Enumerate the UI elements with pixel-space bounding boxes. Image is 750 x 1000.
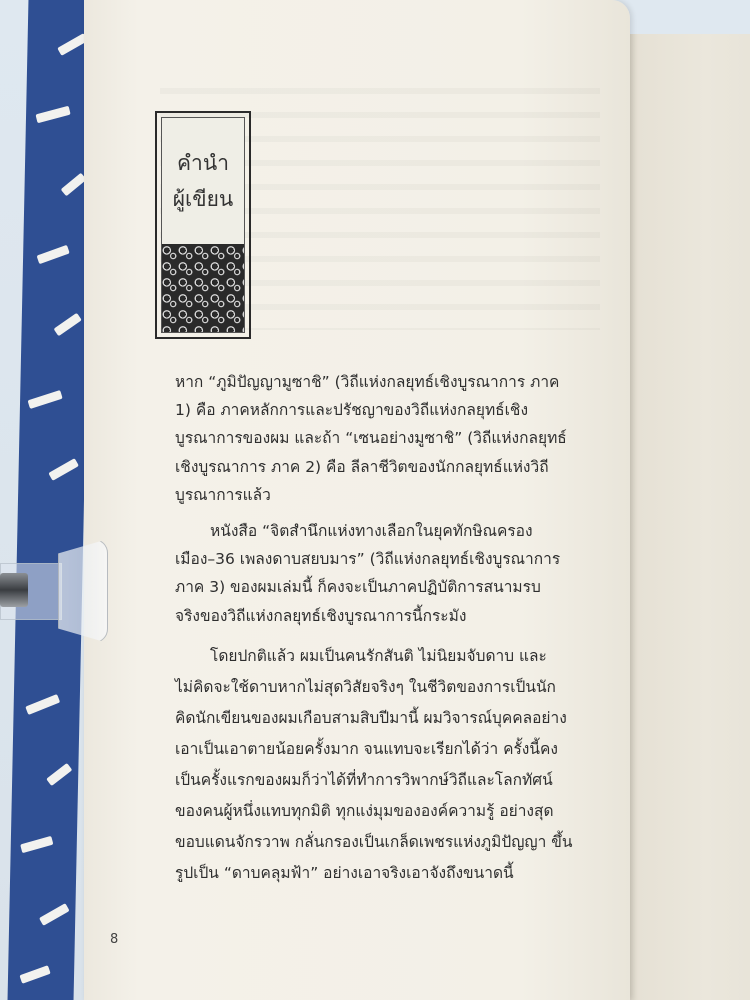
paragraph-3: โดยปกติแล้ว ผมเป็นคนรักสันติ ไม่นิยมจับด… bbox=[175, 641, 595, 889]
paragraph-2: หนังสือ “จิตสำนึกแห่งทางเลือกในยุคทักษิณ… bbox=[175, 517, 595, 630]
clip-spring bbox=[0, 573, 28, 607]
text-line: หาก “ภูมิปัญญามูซาชิ” (วิถีแห่งกลยุทธ์เช… bbox=[175, 368, 595, 396]
text-line: เชิงบูรณาการ ภาค 2) คือ ลีลาชีวิตของนักก… bbox=[175, 453, 595, 481]
text-line: ภาค 3) ของผมเล่มนี้ ก็คงจะเป็นภาคปฏิบัติ… bbox=[175, 573, 595, 601]
text-line: ขอบแดนจักรวาพ กลั่นกรองเป็นเกล็ดเพชรแห่ง… bbox=[175, 827, 595, 858]
page-number: 8 bbox=[110, 932, 118, 947]
clip-jaw bbox=[58, 539, 108, 643]
body-text: หาก “ภูมิปัญญามูซาชิ” (วิถีแห่งกลยุทธ์เช… bbox=[175, 368, 595, 889]
text-line: เอาเป็นเอาตายน้อยครั้งมาก จนแทบจะเรียกได… bbox=[175, 734, 595, 765]
text-line: ไม่คิดจะใช้ดาบหากไม่สุดวิสัยจริงๆ ในชีวิ… bbox=[175, 672, 595, 703]
text-line: หนังสือ “จิตสำนึกแห่งทางเลือกในยุคทักษิณ… bbox=[175, 517, 595, 545]
text-line: บูรณาการแล้ว bbox=[175, 481, 595, 509]
chapter-title-box: คำนำ ผู้เขียน bbox=[155, 111, 251, 339]
decorative-pattern bbox=[162, 244, 244, 332]
chapter-title: คำนำ ผู้เขียน bbox=[162, 118, 244, 244]
facing-page bbox=[622, 34, 750, 1000]
text-line: บูรณาการของผม และถ้า “เซนอย่างมูซาชิ” (ว… bbox=[175, 424, 595, 452]
title-line-2: ผู้เขียน bbox=[173, 181, 234, 217]
text-line: โดยปกติแล้ว ผมเป็นคนรักสันติ ไม่นิยมจับด… bbox=[175, 641, 595, 672]
text-line: ของคนผู้หนึ่งแทบทุกมิติ ทุกแง่มุมขององค์… bbox=[175, 796, 595, 827]
text-line: คิดนักเขียนของผมเกือบสามสิบปีมานี้ ผมวิจ… bbox=[175, 703, 595, 734]
text-line: เป็นครั้งแรกของผมก็ว่าได้ที่ทำการวิพากษ์… bbox=[175, 765, 595, 796]
text-line: 1) คือ ภาคหลักการและปรัชญาของวิถีแห่งกลย… bbox=[175, 396, 595, 424]
paragraph-1: หาก “ภูมิปัญญามูซาชิ” (วิถีแห่งกลยุทธ์เช… bbox=[175, 368, 595, 509]
title-line-1: คำนำ bbox=[177, 145, 229, 181]
text-line: เมือง–36 เพลงดาบสยบมาร” (วิถีแห่งกลยุทธ์… bbox=[175, 545, 595, 573]
binder-clip bbox=[0, 535, 108, 645]
text-line: จริงของวิถีแห่งกลยุทธ์เชิงบูรณาการนี้กระ… bbox=[175, 602, 595, 630]
text-line: รูปเป็น “ดาบคลุมฟ้า” อย่างเอาจริงเอาจังถ… bbox=[175, 858, 595, 889]
